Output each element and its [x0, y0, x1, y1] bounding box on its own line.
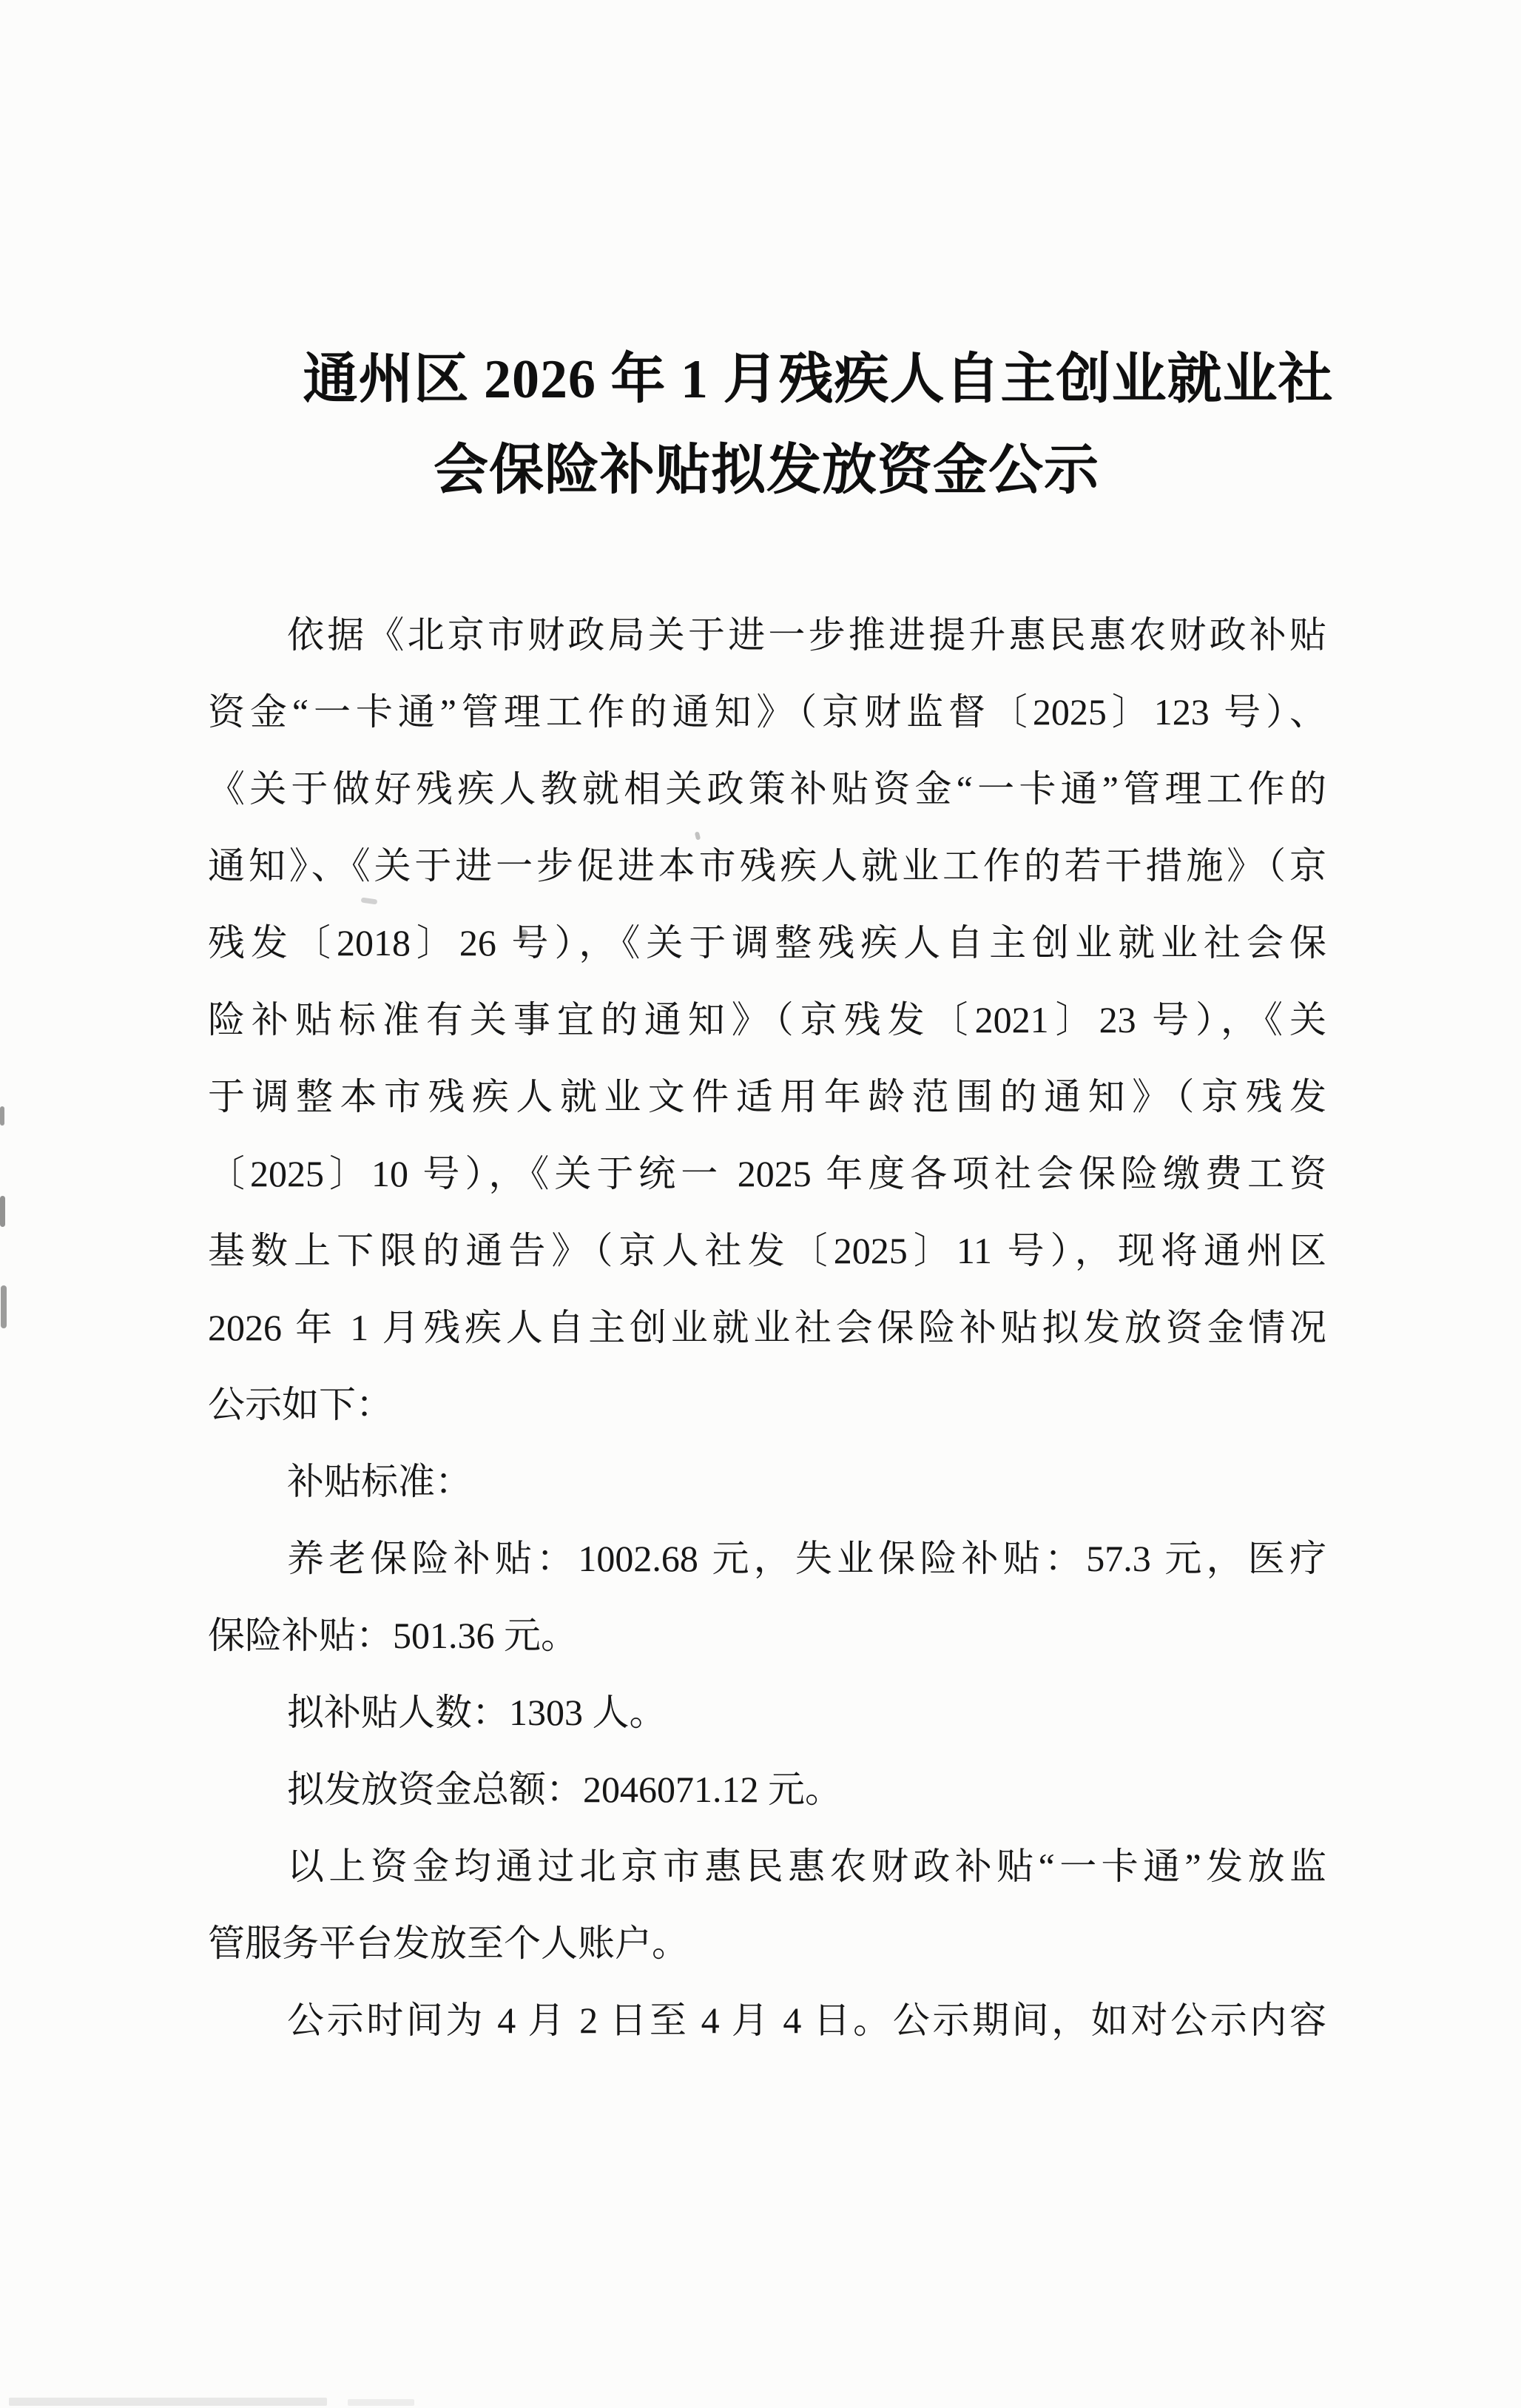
- scan-artifact: [348, 2399, 414, 2406]
- body-line: 残发〔2018〕26 号），《关于调整残疾人自主创业就业社会保: [208, 904, 1326, 981]
- body-line: 〔2025〕10 号），《关于统一 2025 年度各项社会保险缴费工资: [208, 1135, 1326, 1212]
- body-line: 依据《北京市财政局关于进一步推进提升惠民惠农财政补贴: [208, 596, 1326, 673]
- body-line: 保险补贴：501.36 元。: [208, 1597, 1326, 1674]
- body-line: 《关于做好残疾人教就相关政策补贴资金“一卡通”管理工作的: [208, 750, 1326, 827]
- body-line: 拟发放资金总额：2046071.12 元。: [208, 1751, 1326, 1828]
- body-line: 通知》、《关于进一步促进本市残疾人就业工作的若干措施》（京: [208, 827, 1326, 904]
- scan-artifact: [9, 2398, 327, 2406]
- body-line: 公示如下：: [208, 1366, 1326, 1443]
- document-title-line-2: 会保险补贴拟发放资金公示: [207, 426, 1326, 517]
- document-body: 依据《北京市财政局关于进一步推进提升惠民惠农财政补贴资金“一卡通”管理工作的通知…: [208, 596, 1326, 2059]
- scanned-document-page: 通州区 2026 年 1 月残疾人自主创业就业社 会保险补贴拟发放资金公示 依据…: [0, 0, 1521, 2408]
- body-line: 2026 年 1 月残疾人自主创业就业社会保险补贴拟发放资金情况: [208, 1289, 1326, 1366]
- body-line: 基数上下限的通告》（京人社发〔2025〕11 号），现将通州区: [208, 1212, 1326, 1289]
- body-line: 管服务平台发放至个人账户。: [208, 1905, 1326, 1982]
- body-line: 以上资金均通过北京市惠民惠农财政补贴“一卡通”发放监: [208, 1828, 1326, 1905]
- scan-artifact: [0, 1106, 4, 1126]
- body-line: 险补贴标准有关事宜的通知》（京残发〔2021〕23 号），《关: [208, 981, 1326, 1058]
- body-line: 拟补贴人数：1303 人。: [208, 1674, 1326, 1751]
- scan-artifact: [0, 1196, 5, 1227]
- body-line: 资金“一卡通”管理工作的通知》（京财监督〔2025〕123 号）、: [208, 673, 1326, 750]
- document-title: 通州区 2026 年 1 月残疾人自主创业就业社 会保险补贴拟发放资金公示: [207, 334, 1326, 517]
- body-line: 养老保险补贴：1002.68 元，失业保险补贴：57.3 元，医疗: [208, 1520, 1326, 1597]
- document-title-line-1: 通州区 2026 年 1 月残疾人自主创业就业社: [259, 334, 1377, 426]
- body-line: 公示时间为 4 月 2 日至 4 月 4 日。公示期间，如对公示内容: [208, 1982, 1326, 2059]
- body-line: 于调整本市残疾人就业文件适用年龄范围的通知》（京残发: [208, 1058, 1326, 1135]
- scan-artifact: [1, 1285, 7, 1328]
- body-line: 补贴标准：: [208, 1443, 1326, 1520]
